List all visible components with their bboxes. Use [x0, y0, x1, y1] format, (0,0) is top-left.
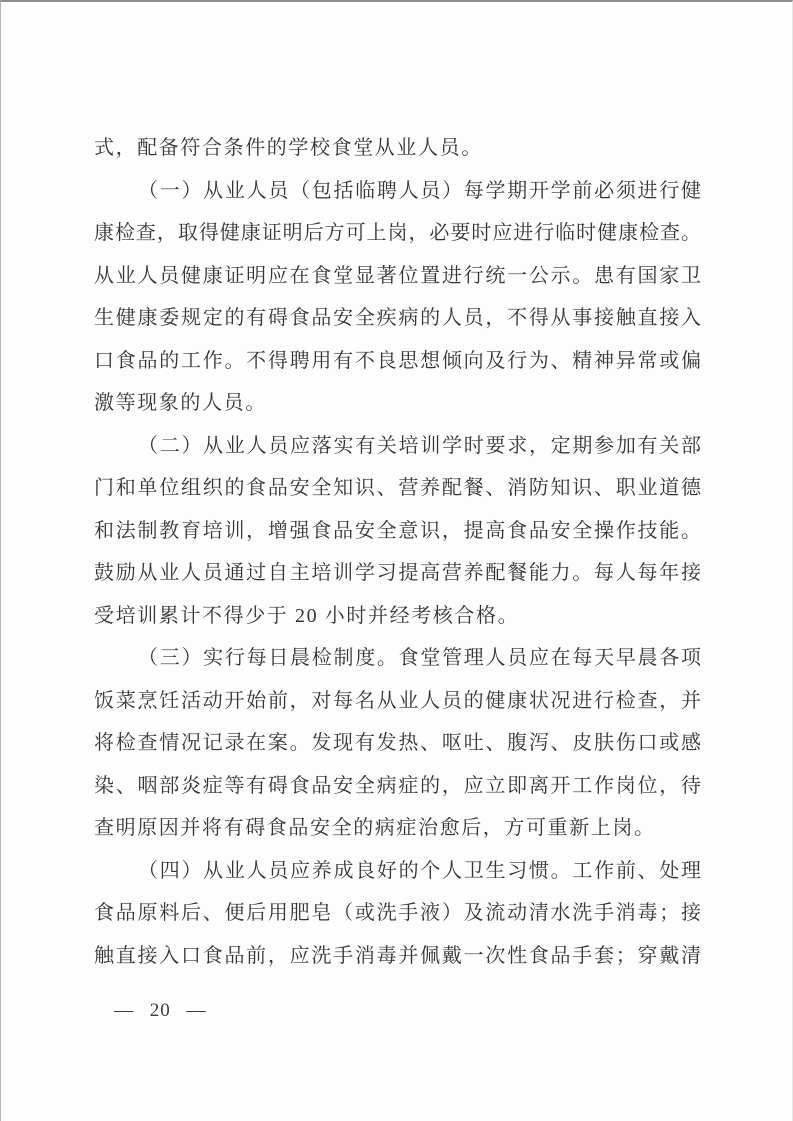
text-line: 食品原料后、便后用肥皂（或洗手液）及流动清水洗手消毒；接: [94, 892, 701, 935]
text-line: （一）从业人员（包括临聘人员）每学期开学前必须进行健: [94, 170, 701, 213]
page-number: — 20 —: [94, 997, 701, 1025]
text-line: 鼓励从业人员通过自主培训学习提高营养配餐能力。每人每年接: [94, 552, 701, 595]
text-line: 门和单位组织的食品安全知识、营养配餐、消防知识、职业道德: [94, 467, 701, 510]
text-line: 将检查情况记录在案。发现有发热、呕吐、腹泻、皮肤伤口或感: [94, 722, 701, 765]
document-text-block: 式，配备符合条件的学校食堂从业人员。（一）从业人员（包括临聘人员）每学期开学前必…: [94, 127, 701, 1025]
text-line: （三）实行每日晨检制度。食堂管理人员应在每天早晨各项: [94, 637, 701, 680]
text-line: 康检查，取得健康证明后方可上岗，必要时应进行临时健康检查。: [94, 212, 701, 255]
text-lines: 式，配备符合条件的学校食堂从业人员。（一）从业人员（包括临聘人员）每学期开学前必…: [94, 127, 701, 977]
text-line: 受培训累计不得少于 20 小时并经考核合格。: [94, 595, 701, 638]
text-line: 生健康委规定的有碍食品安全疾病的人员，不得从事接触直接入: [94, 297, 701, 340]
text-line: 和法制教育培训，增强食品安全意识，提高食品安全操作技能。: [94, 510, 701, 553]
text-line: 激等现象的人员。: [94, 382, 701, 425]
text-line: 查明原因并将有碍食品安全的病症治愈后，方可重新上岗。: [94, 807, 701, 850]
document-page: 式，配备符合条件的学校食堂从业人员。（一）从业人员（包括临聘人员）每学期开学前必…: [0, 0, 793, 1121]
text-line: 染、咽部炎症等有碍食品安全病症的，应立即离开工作岗位，待: [94, 765, 701, 808]
text-line: （四）从业人员应养成良好的个人卫生习惯。工作前、处理: [94, 850, 701, 893]
text-line: （二）从业人员应落实有关培训学时要求，定期参加有关部: [94, 425, 701, 468]
text-line: 触直接入口食品前，应洗手消毒并佩戴一次性食品手套；穿戴清: [94, 935, 701, 978]
text-line: 从业人员健康证明应在食堂显著位置进行统一公示。患有国家卫: [94, 255, 701, 298]
text-line: 式，配备符合条件的学校食堂从业人员。: [94, 127, 701, 170]
text-line: 口食品的工作。不得聘用有不良思想倾向及行为、精神异常或偏: [94, 340, 701, 383]
text-line: 饭菜烹饪活动开始前，对每名从业人员的健康状况进行检查，并: [94, 680, 701, 723]
